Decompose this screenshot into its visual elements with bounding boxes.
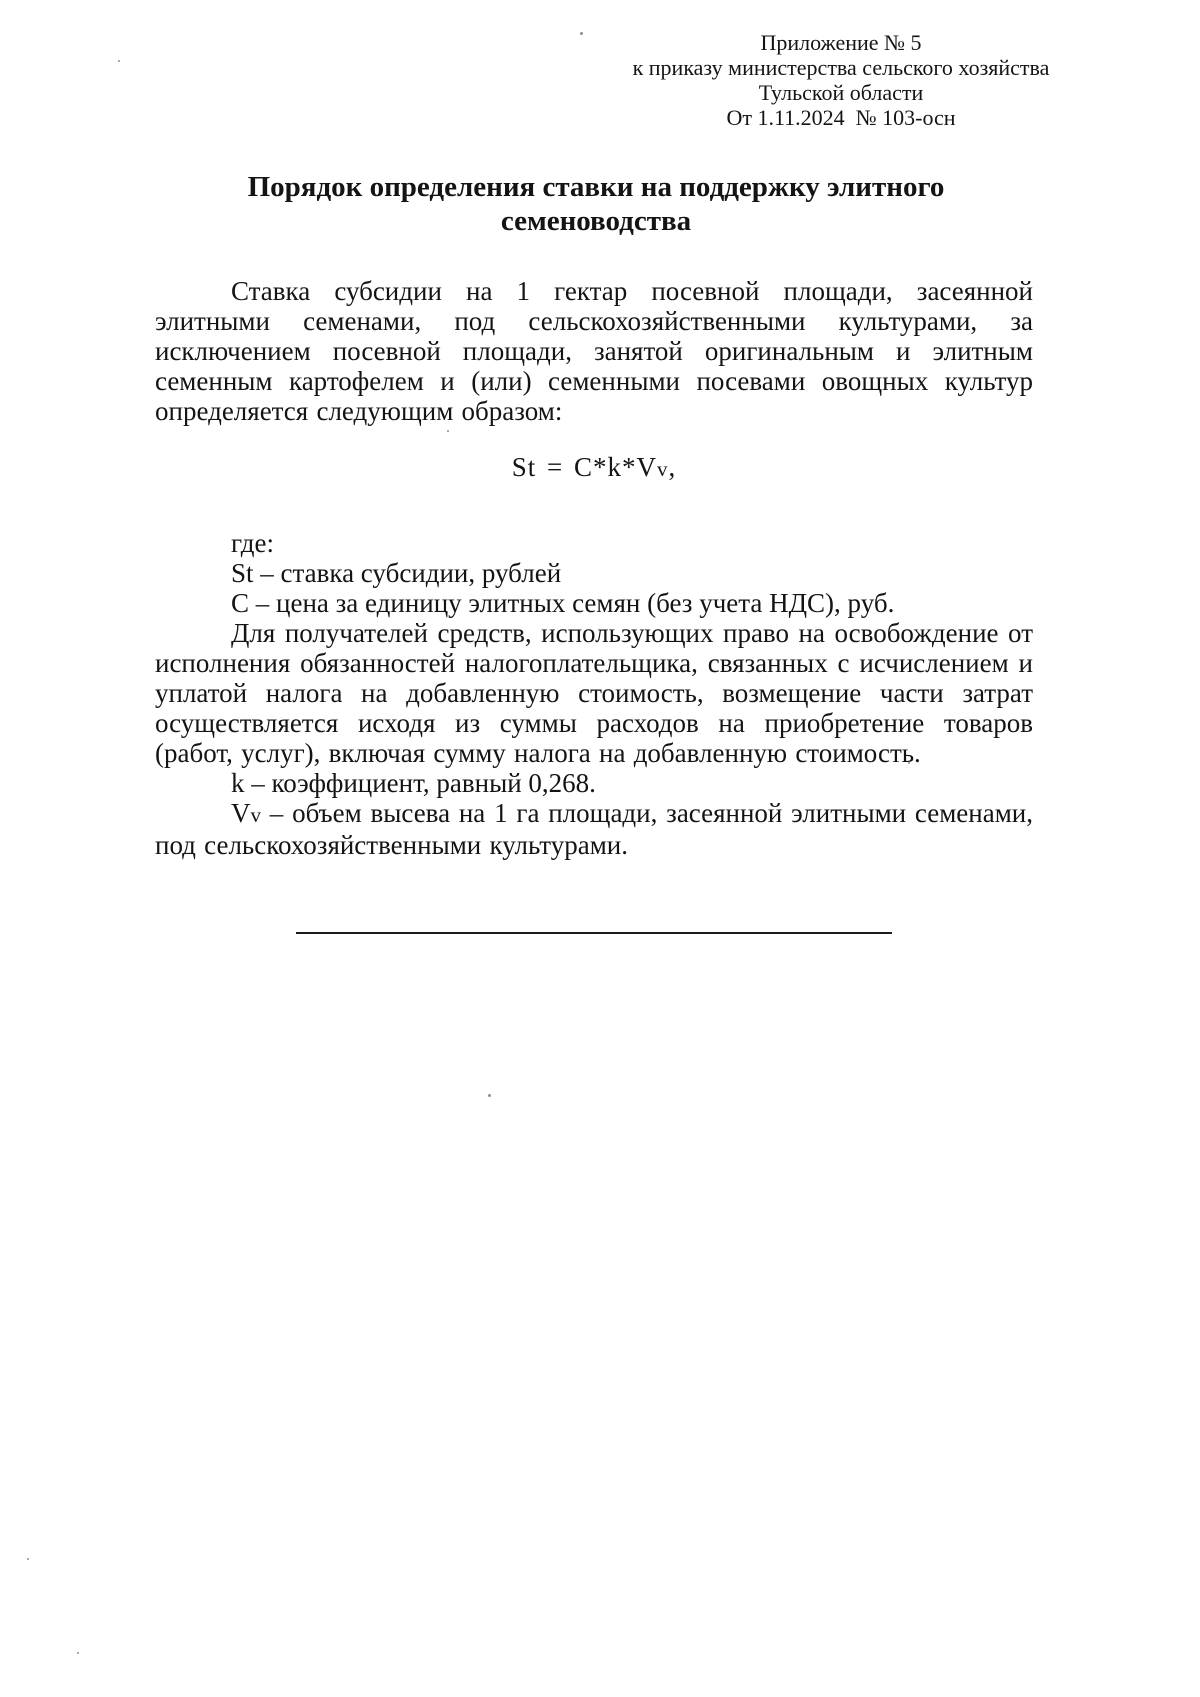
definition-c: C – цена за единицу элитных семян (без у… [155, 588, 1033, 618]
subsidy-rate-formula: St = C*k*Vv, [155, 452, 1033, 484]
vv-lead: V [231, 798, 251, 828]
definition-vv-paragraph: Vv – объем высева на 1 га площади, засея… [155, 798, 1033, 860]
scan-speck [908, 762, 910, 764]
scan-speck [447, 430, 449, 432]
document-title: Порядок определения ставки на поддержку … [190, 170, 1002, 238]
formula-main: St = C*k*V [512, 452, 657, 482]
scan-speck [27, 1558, 29, 1560]
scan-speck [118, 60, 120, 62]
nds-note-paragraph: Для получателей средств, использующих пр… [155, 618, 1033, 768]
scan-speck [580, 32, 583, 35]
formula-trailing-comma: , [669, 452, 677, 482]
definition-k: k – коэффициент, равный 0,268. [155, 768, 1033, 798]
scan-speck [488, 1094, 491, 1097]
vv-definition-text: – объем высева на 1 га площади, засеянно… [155, 798, 1033, 860]
document-body: Ставка субсидии на 1 гектар посевной пло… [155, 276, 1033, 934]
scan-speck [77, 1652, 79, 1654]
header-region: Тульской области [608, 80, 1074, 105]
document-header: Приложение № 5 к приказу министерства се… [608, 30, 1074, 130]
header-order-reference: к приказу министерства сельского хозяйст… [608, 55, 1074, 80]
vv-lead-subscript: v [251, 803, 262, 827]
header-date-number: От 1.11.2024 № 103-осн [608, 105, 1074, 130]
definition-st: St – ставка субсидии, рублей [155, 558, 1033, 588]
where-label: где: [155, 528, 1033, 558]
intro-paragraph: Ставка субсидии на 1 гектар посевной пло… [155, 276, 1033, 426]
scanned-document-page: Приложение № 5 к приказу министерства се… [0, 0, 1200, 1697]
horizontal-rule [296, 932, 892, 934]
formula-subscript: v [657, 457, 669, 481]
header-appendix-number: Приложение № 5 [608, 30, 1074, 55]
